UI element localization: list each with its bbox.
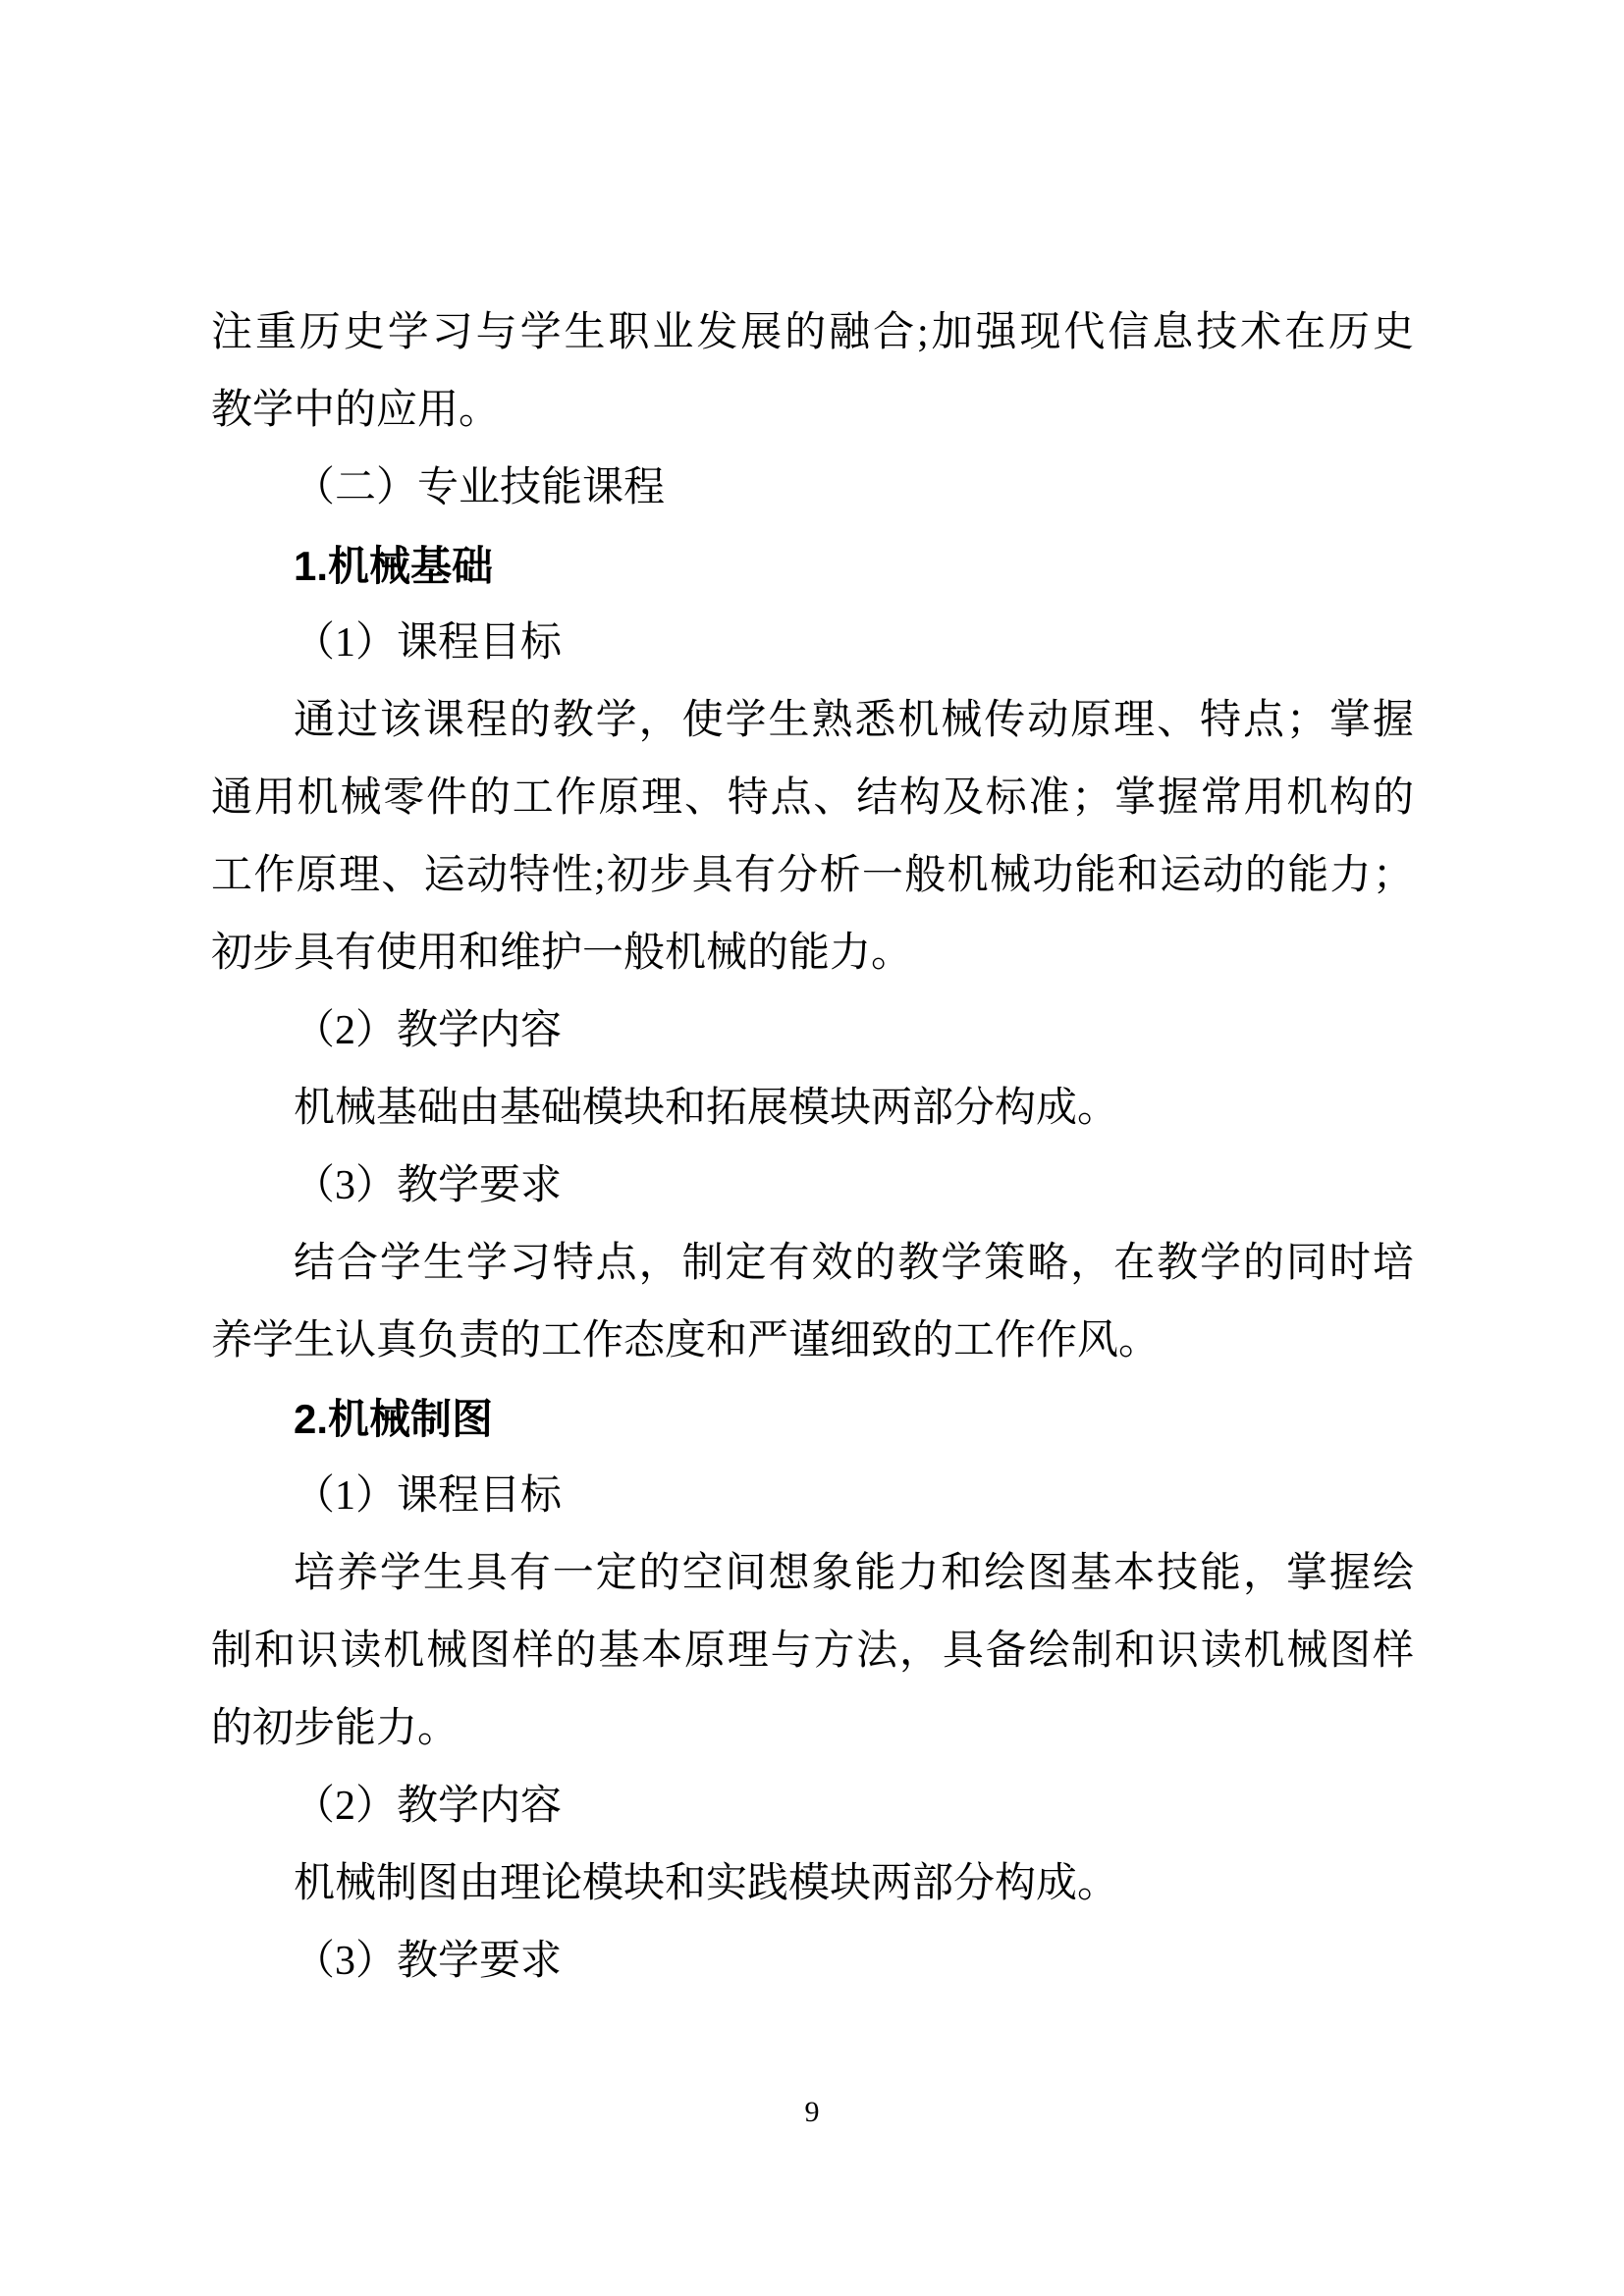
body-line: 培养学生具有一定的空间想象能力和绘图基本技能，掌握绘 (211, 1535, 1414, 1613)
item-heading-teaching-content: （2）教学内容 (211, 1768, 1414, 1845)
body-line: 养学生认真负责的工作态度和严谨细致的工作作风。 (211, 1303, 1414, 1380)
course-heading-mechanical-drawing: 2.机械制图 (211, 1380, 1414, 1458)
item-heading-teaching-content: （2）教学内容 (211, 992, 1414, 1070)
body-line: 工作原理、运动特性;初步具有分析一般机械功能和运动的能力； (211, 837, 1414, 915)
paragraph-continuation-line: 注重历史学习与学生职业发展的融合;加强现代信息技术在历史 (211, 294, 1414, 372)
body-line: 初步具有使用和维护一般机械的能力。 (211, 915, 1414, 992)
body-line: 机械制图由理论模块和实践模块两部分构成。 (211, 1845, 1414, 1923)
course-heading-mechanical-foundation: 1.机械基础 (211, 527, 1414, 605)
section-heading-professional-skill-courses: （二）专业技能课程 (211, 450, 1414, 527)
body-line: 结合学生学习特点，制定有效的教学策略，在教学的同时培 (211, 1225, 1414, 1303)
item-heading-course-objectives: （1）课程目标 (211, 605, 1414, 682)
item-heading-course-objectives: （1）课程目标 (211, 1458, 1414, 1535)
body-line: 的初步能力。 (211, 1690, 1414, 1768)
document-page: 注重历史学习与学生职业发展的融合;加强现代信息技术在历史 教学中的应用。 （二）… (0, 0, 1624, 2296)
body-line: 通用机械零件的工作原理、特点、结构及标准；掌握常用机构的 (211, 760, 1414, 837)
paragraph-continuation-line: 教学中的应用。 (211, 372, 1414, 450)
body-line: 机械基础由基础模块和拓展模块两部分构成。 (211, 1070, 1414, 1148)
body-line: 制和识读机械图样的基本原理与方法，具备绘制和识读机械图样 (211, 1613, 1414, 1690)
item-heading-teaching-requirements: （3）教学要求 (211, 1923, 1414, 2001)
page-number: 9 (0, 2093, 1624, 2132)
body-line: 通过该课程的教学，使学生熟悉机械传动原理、特点；掌握 (211, 682, 1414, 760)
document-text-block: 注重历史学习与学生职业发展的融合;加强现代信息技术在历史 教学中的应用。 （二）… (211, 294, 1414, 2001)
item-heading-teaching-requirements: （3）教学要求 (211, 1148, 1414, 1225)
